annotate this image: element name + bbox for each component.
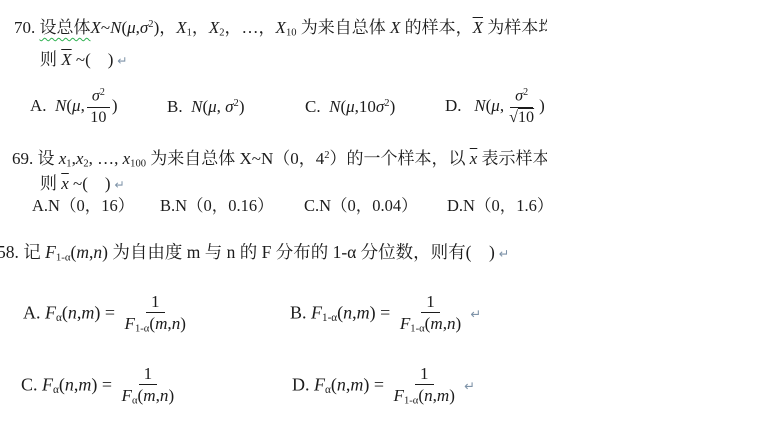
option-formula: C. Fα(n,m) = 1Fα(m,n) xyxy=(21,364,179,408)
text-segment: 则 xyxy=(40,50,61,69)
option-formula: C. N(μ,10σ2) xyxy=(305,97,395,117)
option-formula: A. Fα(n,m) = 1F1-α(m,n) xyxy=(23,292,191,336)
question-69-option-b: B.N（0，0.16） xyxy=(160,193,274,219)
text-segment: 1 xyxy=(144,364,153,383)
text-segment: F xyxy=(42,374,53,394)
text-segment: n xyxy=(68,302,77,322)
option-formula: B. N(μ, σ2) xyxy=(167,97,244,117)
text-segment: 1-α xyxy=(56,252,71,264)
text-segment: σ xyxy=(92,87,100,104)
text-segment: ~ xyxy=(101,18,110,37)
question-70-option-d: D. N(μ,σ2√10) xyxy=(445,76,545,138)
text-segment: , …, xyxy=(89,149,123,168)
text-segment: ， xyxy=(192,18,209,37)
text-segment: D. xyxy=(445,96,474,115)
paragraph-return-mark: ↵ xyxy=(111,178,125,192)
text-segment: ,10 xyxy=(355,97,376,116)
text-segment: F xyxy=(311,302,322,322)
text-segment: = xyxy=(100,302,119,322)
option-text: D.N（0，1.6） xyxy=(447,196,547,216)
text-segment: ) xyxy=(539,96,545,115)
question-70-stem-line2: 则 X ~( ) ↵ xyxy=(40,49,128,72)
text-segment: F xyxy=(394,386,404,405)
text-segment: n xyxy=(447,314,456,333)
text-segment: N xyxy=(474,96,485,115)
question-70-stem-line1: 70. 设总体X~N(μ,σ2)，X1，X2，…，X10 为来自总体 X 的样本… xyxy=(14,17,547,49)
text-segment: C.N（0，0.04） xyxy=(304,196,418,215)
text-segment: ， xyxy=(159,18,176,37)
text-segment: m xyxy=(430,314,442,333)
question-58-stem: 58. 记 F1-α(m,n) 为自由度 m 与 n 的 F 分布的 1-α 分… xyxy=(0,241,509,265)
question-58-option-c: C. Fα(n,m) = 1Fα(m,n) xyxy=(21,355,179,417)
text-segment: N xyxy=(329,97,340,116)
text-segment: ) xyxy=(180,314,186,333)
text-segment: 则 xyxy=(40,174,61,193)
option-formula: A. N(μ,σ210) xyxy=(30,87,117,128)
text-segment: A. xyxy=(30,96,55,115)
text-segment: B.N（0，0.16） xyxy=(160,196,274,215)
text-segment: X xyxy=(209,18,219,37)
text-segment: 10 xyxy=(518,109,534,126)
text-segment: N xyxy=(191,97,202,116)
text-segment: F xyxy=(125,314,135,333)
text-segment: F xyxy=(45,242,56,262)
text-segment: 1 xyxy=(420,364,429,383)
fraction: 1F1-α(m,n) xyxy=(397,292,464,336)
text-segment: ) xyxy=(168,386,174,405)
paragraph-return-mark: ↵ xyxy=(466,307,481,322)
question-69-option-d: D.N（0，1.6） xyxy=(447,193,547,219)
question-58-option-b: B. F1-α(n,m) = 1F1-α(m,n) ↵ xyxy=(290,283,481,345)
question-70-option-c: C. N(μ,10σ2) xyxy=(305,76,395,138)
text-segment: X xyxy=(473,18,483,37)
text-segment: A.N（0，16） xyxy=(32,196,134,215)
question-70-option-a: A. N(μ,σ210) xyxy=(30,76,117,138)
text-segment: , xyxy=(81,96,85,115)
question-69-option-a: A.N（0，16） xyxy=(32,193,134,219)
text-segment: 为自由度 m 与 n 的 F 分布的 1-α 分位数，则有( ) xyxy=(108,242,495,262)
question-69-option-c: C.N（0，0.04） xyxy=(304,193,418,219)
text-segment: μ xyxy=(72,96,81,115)
text-segment: D. xyxy=(292,374,314,394)
text-segment: n xyxy=(424,386,433,405)
text-segment: ，…， xyxy=(225,18,276,37)
question-70-options-row: A. N(μ,σ210) B. N(μ, σ2) C. N(μ,10σ2) D.… xyxy=(0,76,547,138)
text-segment: 1-α xyxy=(404,396,418,407)
text-segment: F xyxy=(314,374,325,394)
text-segment: 69. 设 xyxy=(12,149,59,168)
text-segment: 1-α xyxy=(135,324,149,335)
text-segment: 为来自总体 X~N（0，4 xyxy=(146,149,324,168)
text-segment: = xyxy=(369,374,388,394)
text-segment: 1-α xyxy=(322,312,337,324)
text-segment: σ xyxy=(225,97,233,116)
option-text: C.N（0，0.04） xyxy=(304,196,418,216)
paragraph-return-mark: ↵ xyxy=(495,246,510,261)
text-segment: ）的一个样本，以 xyxy=(330,149,470,168)
text-segment: 2 xyxy=(523,87,528,98)
text-segment: N xyxy=(110,18,121,37)
text-segment: 的样本， xyxy=(400,18,472,37)
text-segment: X xyxy=(390,18,400,37)
question-58-option-d: D. Fα(n,m) = 1F1-α(n,m) ↵ xyxy=(292,355,475,417)
question-69-options-row: A.N（0，16） B.N（0，0.16） C.N（0，0.04） D.N（0，… xyxy=(0,193,547,219)
text-segment: ) xyxy=(456,314,462,333)
text-segment: 1 xyxy=(426,292,435,311)
fraction: 1F1-α(m,n) xyxy=(122,292,189,336)
fraction: 1F1-α(n,m) xyxy=(391,364,458,408)
text-segment: F xyxy=(122,386,132,405)
text-segment: 为来自总体 xyxy=(296,18,390,37)
text-segment: μ xyxy=(208,97,217,116)
text-segment: F xyxy=(400,314,410,333)
text-segment: m xyxy=(81,302,94,322)
text-segment: 10 xyxy=(90,109,106,126)
text-segment: C. xyxy=(21,374,42,394)
text-segment: n xyxy=(172,314,181,333)
text-segment: x xyxy=(61,174,69,193)
option-text: A.N（0，16） xyxy=(32,196,134,216)
text-segment: ) xyxy=(449,386,455,405)
paragraph-return-mark: ↵ xyxy=(460,379,475,394)
text-segment: m xyxy=(143,386,155,405)
fraction: σ210 xyxy=(87,87,110,128)
text-segment: μ xyxy=(346,97,355,116)
text-segment: X xyxy=(276,18,286,37)
text-segment: m xyxy=(78,374,91,394)
text-segment: m xyxy=(350,374,363,394)
text-segment: X xyxy=(176,18,186,37)
text-segment: 1-α xyxy=(410,324,424,335)
text-segment: 表示样本均值 xyxy=(477,149,547,168)
text-segment: σ xyxy=(515,87,523,104)
text-segment: μ xyxy=(491,96,500,115)
text-segment: 1 xyxy=(151,292,160,311)
text-segment: m xyxy=(357,302,370,322)
question-58-options-row-ab: A. Fα(n,m) = 1F1-α(m,n) B. F1-α(n,m) = 1… xyxy=(0,283,560,345)
text-segment: 70. xyxy=(14,18,40,37)
text-segment: D.N（0，1.6） xyxy=(447,196,547,215)
text-segment: m xyxy=(155,314,167,333)
text-segment: , xyxy=(500,96,504,115)
text-segment: 设总体 xyxy=(40,18,91,37)
text-segment: , xyxy=(217,97,226,116)
text-segment: ) xyxy=(239,97,245,116)
text-segment: F xyxy=(45,302,56,322)
text-segment: n xyxy=(337,374,346,394)
text-segment: n xyxy=(343,302,352,322)
paragraph-return-mark: ↵ xyxy=(113,54,127,68)
text-segment: 2 xyxy=(100,87,105,98)
text-segment: m xyxy=(76,242,89,262)
text-segment: = xyxy=(97,374,116,394)
text-segment: N xyxy=(55,96,66,115)
option-formula: D. Fα(n,m) = 1F1-α(n,m) ↵ xyxy=(292,364,475,408)
text-segment: ) xyxy=(112,96,118,115)
text-segment: m xyxy=(437,386,449,405)
text-segment: 为样本均值 xyxy=(483,18,547,37)
text-segment: A. xyxy=(23,302,45,322)
question-58-option-a: A. Fα(n,m) = 1F1-α(m,n) xyxy=(23,283,191,345)
text-segment: X xyxy=(91,18,101,37)
text-segment: ~( ) xyxy=(72,50,114,69)
text-segment: 100 xyxy=(130,159,146,170)
text-segment: B. xyxy=(290,302,311,322)
option-formula: D. N(μ,σ2√10) xyxy=(445,87,545,128)
square-root: √10 xyxy=(509,109,534,126)
text-segment: 58. 记 xyxy=(0,242,45,262)
fraction: 1Fα(m,n) xyxy=(119,364,178,408)
text-segment: n xyxy=(65,374,74,394)
option-text: B.N（0，0.16） xyxy=(160,196,274,216)
document-page: 70. 设总体X~N(μ,σ2)，X1，X2，…，X10 为来自总体 X 的样本… xyxy=(0,0,775,423)
text-segment: 10 xyxy=(286,28,297,39)
question-70-option-b: B. N(μ, σ2) xyxy=(167,76,244,138)
text-segment: ) xyxy=(390,97,396,116)
text-segment: = xyxy=(376,302,395,322)
text-segment: n xyxy=(93,242,102,262)
fraction: σ2√10 xyxy=(506,87,537,128)
text-segment: μ xyxy=(127,18,136,37)
text-segment: ~( ) xyxy=(69,174,111,193)
text-segment: C. xyxy=(305,97,329,116)
text-segment: X xyxy=(61,50,71,69)
text-segment: B. xyxy=(167,97,191,116)
question-58-options-row-cd: C. Fα(n,m) = 1Fα(m,n) D. Fα(n,m) = 1F1-α… xyxy=(0,355,560,417)
option-formula: B. F1-α(n,m) = 1F1-α(m,n) ↵ xyxy=(290,292,481,336)
